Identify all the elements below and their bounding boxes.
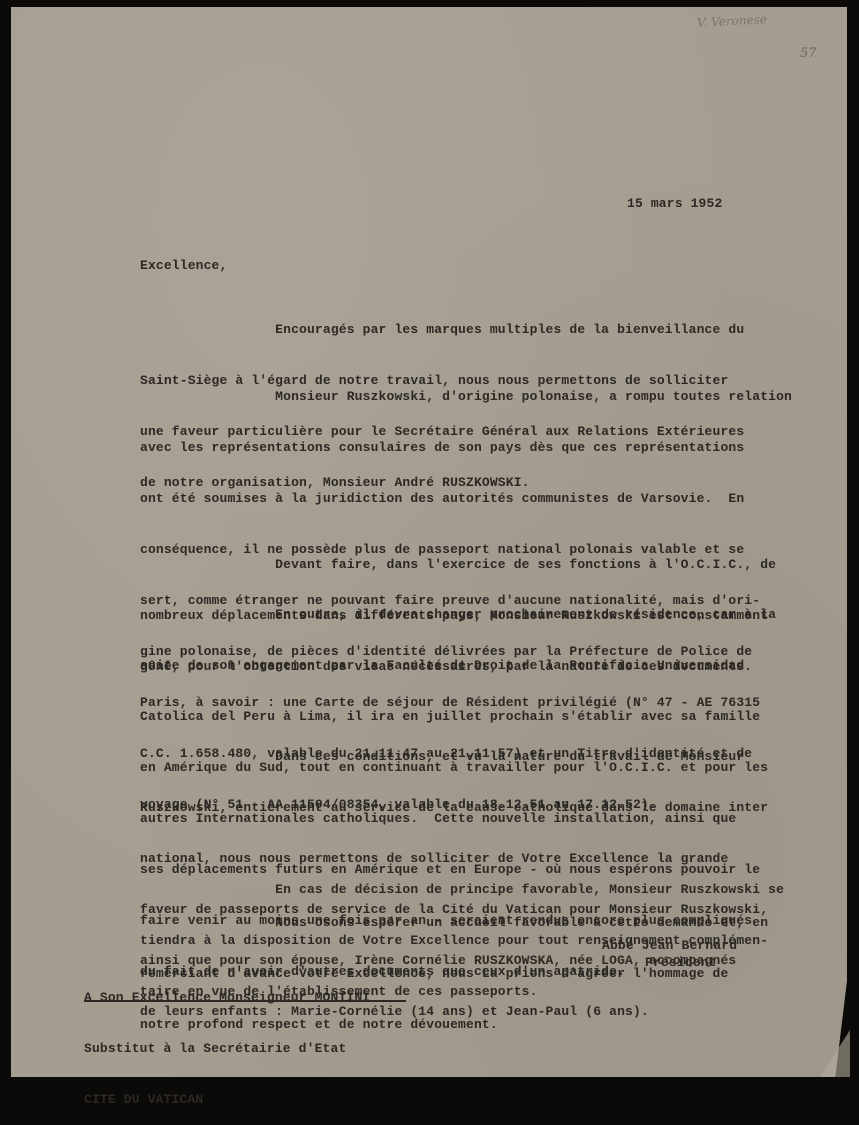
text-line: Dans ces conditions, et vu la nature du … (140, 748, 768, 765)
addressee-block: A Son Excellence Monseigneur MONTINI Sub… (84, 955, 370, 1080)
addressee-line: A Son Excellence Monseigneur MONTINI (84, 989, 370, 1006)
signature-title: Président (645, 954, 717, 971)
text-line: Monsieur Ruszkowski, d'origine polonaise… (140, 388, 792, 405)
text-line: suite de son engagement par la Faculté d… (140, 657, 776, 674)
text-line: Ruszkowski, entièrement au service de la… (140, 799, 768, 816)
text-line: avec les représentations consulaires de … (140, 439, 792, 456)
salutation: Excellence, (140, 257, 227, 274)
text-line: Devant faire, dans l'exercice de ses fon… (140, 556, 776, 573)
text-line: En outre, il devra changer prochainement… (140, 606, 776, 623)
page-number: 57 (800, 46, 817, 61)
signature-name: Abbé Jean Bernard (602, 937, 737, 954)
addressee-line: Substitut à la Secrétairie d'Etat (84, 1040, 370, 1057)
text-line: Encouragés par les marques multiples de … (140, 321, 744, 338)
letter-date: 15 mars 1952 (627, 195, 722, 212)
text-line: ont été soumises à la juridiction des au… (140, 490, 792, 507)
text-line: Nous osons espérer un accueil favorable … (140, 914, 768, 931)
addressee-underline (84, 1000, 406, 1002)
